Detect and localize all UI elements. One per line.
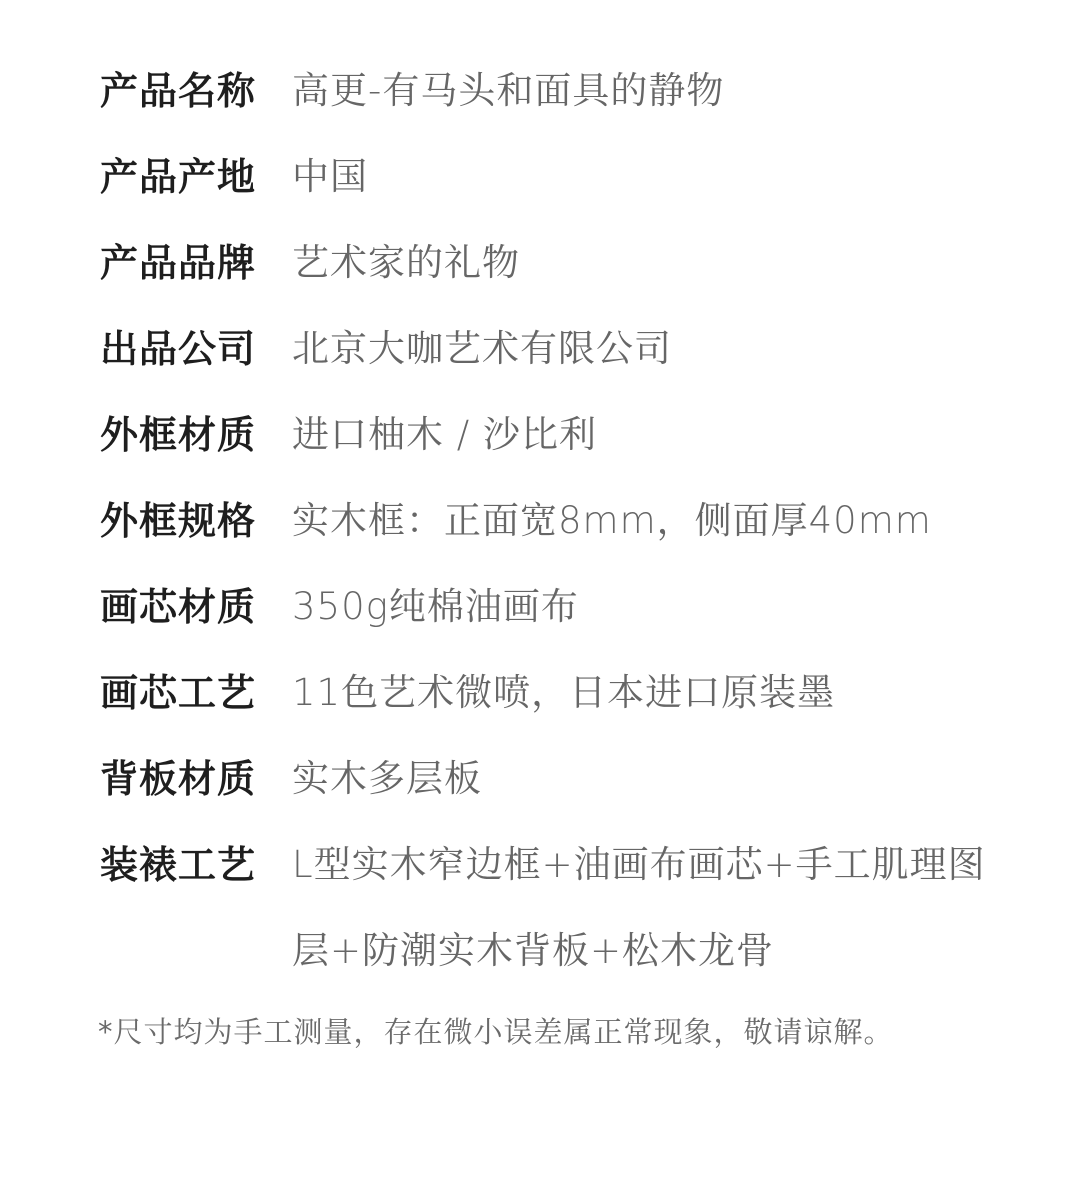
spec-label: 外框材质	[100, 392, 292, 478]
spec-row-company: 出品公司 北京大咖艺术有限公司	[100, 306, 1020, 392]
spec-value: 中国	[292, 134, 1020, 220]
spec-value: 350g纯棉油画布	[292, 564, 1020, 650]
spec-label: 产品名称	[100, 48, 292, 134]
spec-row-origin: 产品产地 中国	[100, 134, 1020, 220]
spec-row-product-name: 产品名称 高更-有马头和面具的静物	[100, 48, 1020, 134]
spec-label: 产品品牌	[100, 220, 292, 306]
spec-value: 进口柚木 / 沙比利	[292, 392, 1020, 478]
spec-label: 画芯工艺	[100, 650, 292, 736]
spec-value: 艺术家的礼物	[292, 220, 1020, 306]
spec-value: 11色艺术微喷，日本进口原装墨	[292, 650, 1020, 736]
spec-label: 画芯材质	[100, 564, 292, 650]
spec-label: 外框规格	[100, 478, 292, 564]
spec-row-frame-material: 外框材质 进口柚木 / 沙比利	[100, 392, 1020, 478]
spec-value: L型实木窄边框+油画布画芯+手工肌理图层+防潮实木背板+松木龙骨	[292, 822, 1020, 994]
spec-label: 背板材质	[100, 736, 292, 822]
spec-row-mounting: 装裱工艺 L型实木窄边框+油画布画芯+手工肌理图层+防潮实木背板+松木龙骨	[100, 822, 1020, 994]
spec-label: 产品产地	[100, 134, 292, 220]
measurement-note: *尺寸均为手工测量，存在微小误差属正常现象，敬请谅解。	[98, 1010, 894, 1051]
spec-value: 实木多层板	[292, 736, 1020, 822]
spec-row-canvas-material: 画芯材质 350g纯棉油画布	[100, 564, 1020, 650]
product-spec-list: 产品名称 高更-有马头和面具的静物 产品产地 中国 产品品牌 艺术家的礼物 出品…	[100, 48, 1020, 994]
spec-row-frame-size: 外框规格 实木框：正面宽8mm，侧面厚40mm	[100, 478, 1020, 564]
spec-label: 装裱工艺	[100, 822, 292, 908]
spec-value: 北京大咖艺术有限公司	[292, 306, 1020, 392]
spec-value: 实木框：正面宽8mm，侧面厚40mm	[292, 478, 1020, 564]
spec-row-brand: 产品品牌 艺术家的礼物	[100, 220, 1020, 306]
spec-label: 出品公司	[100, 306, 292, 392]
spec-row-canvas-process: 画芯工艺 11色艺术微喷，日本进口原装墨	[100, 650, 1020, 736]
spec-value: 高更-有马头和面具的静物	[292, 48, 1020, 134]
spec-row-backboard: 背板材质 实木多层板	[100, 736, 1020, 822]
